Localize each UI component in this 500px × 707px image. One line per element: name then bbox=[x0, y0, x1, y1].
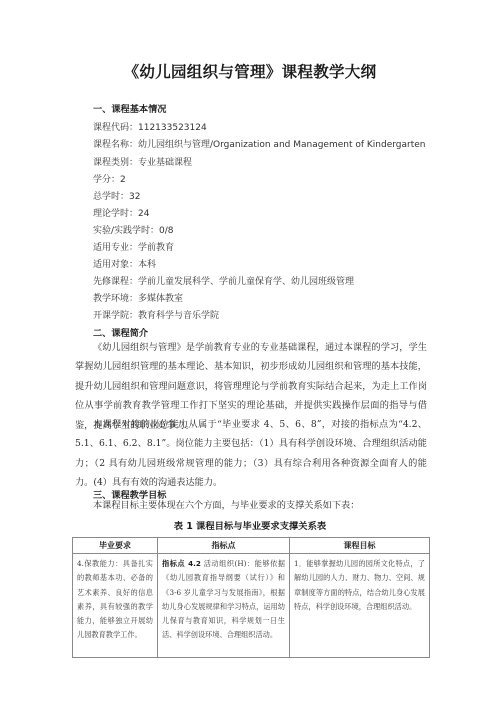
document-title: 《幼儿园组织与管理》课程教学大纲 bbox=[0, 60, 500, 82]
table-header-row: 毕业要求 指标点 课程目标 bbox=[73, 538, 430, 554]
section-heading-basic-info: 一、课程基本情况 bbox=[93, 101, 167, 115]
objectives-requirements-table: 毕业要求 指标点 课程目标 4.保教能力：具备扎实的教师基本功、必备的艺术素养、… bbox=[72, 537, 430, 658]
info-prerequisites: 先修课程：学前儿童发展科学、学前儿童保育学、幼儿园班级管理 bbox=[93, 274, 354, 287]
section-heading-course-intro: 二、课程简介 bbox=[93, 325, 148, 339]
info-course-code: 课程代码：112133523124 bbox=[93, 120, 207, 133]
cell-indicator: 指标点 4.2 活动组织(H)：能够依据《幼儿园教育指导纲要（试行）》和《3-6… bbox=[158, 554, 290, 658]
indicator-text: 活动组织(H)：能够依据《幼儿园教育指导纲要（试行）》和《3-6 岁儿童学习与发… bbox=[162, 559, 285, 639]
indicator-lead: 指标点 4.2 bbox=[162, 559, 201, 568]
cell-requirement: 4.保教能力：具备扎实的教师基本功、必备的艺术素养、良好的信息素养，具有较强的教… bbox=[73, 554, 158, 658]
info-theory-hours: 理论学时：24 bbox=[93, 206, 149, 219]
document-page: 《幼儿园组织与管理》课程教学大纲 一、课程基本情况 课程代码：112133523… bbox=[0, 0, 500, 707]
info-offering-college: 开课学院：教育科学与音乐学院 bbox=[93, 308, 219, 321]
info-course-category: 课程类别：专业基础课程 bbox=[93, 155, 192, 168]
info-practice-hours: 实验/实践学时：0/8 bbox=[93, 223, 174, 236]
table-row: 4.保教能力：具备扎实的教师基本功、必备的艺术素养、良好的信息素养，具有较强的教… bbox=[73, 554, 430, 658]
table-caption: 表 1 课程目标与毕业要求支撑关系表 bbox=[0, 518, 500, 532]
info-course-name: 课程名称：幼儿园组织与管理/Organization and Managemen… bbox=[93, 137, 426, 150]
cell-objective: 1．能够掌握幼儿园的园所文化特点，了解幼儿园的人力、财力、物力、空间、规章制度等… bbox=[290, 554, 430, 658]
header-graduation-requirement: 毕业要求 bbox=[73, 538, 158, 554]
info-teaching-environment: 教学环境：多媒体教室 bbox=[93, 291, 183, 304]
header-indicator: 指标点 bbox=[158, 538, 290, 554]
objectives-intro: 本课程目标主要体现在六个方面，与毕业要求的支撑关系如下表： bbox=[75, 496, 427, 515]
job-competency-paragraph: 本课程对接的岗位能力从属于“毕业要求 4、5、6、8”，对接的指标点为“4.2、… bbox=[75, 415, 427, 493]
info-total-hours: 总学时：32 bbox=[93, 189, 140, 202]
info-credits: 学分：2 bbox=[93, 172, 126, 185]
header-course-objective: 课程目标 bbox=[290, 538, 430, 554]
info-applicable-audience: 适用对象：本科 bbox=[93, 257, 156, 270]
info-applicable-major: 适用专业：学前教育 bbox=[93, 240, 174, 253]
